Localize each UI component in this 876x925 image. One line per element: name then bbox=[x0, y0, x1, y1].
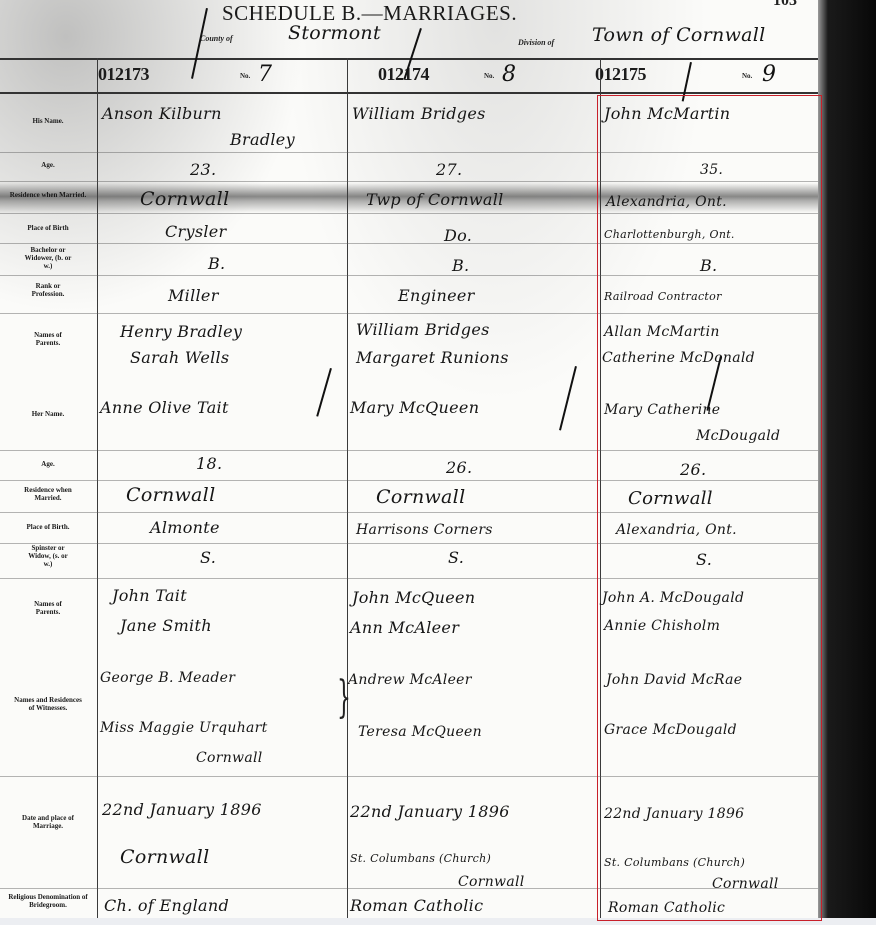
groom-birthplace: Do. bbox=[444, 226, 472, 245]
groom-father: Henry Bradley bbox=[120, 322, 242, 341]
check-mark bbox=[316, 368, 332, 417]
bride-birthplace: Harrisons Corners bbox=[356, 522, 493, 538]
check-mark bbox=[682, 62, 692, 102]
groom-profession: Engineer bbox=[398, 286, 475, 305]
label-residence: Residence when Married. bbox=[0, 191, 96, 199]
bride-residence: Cornwall bbox=[628, 488, 713, 509]
groom-religion: Ch. of England bbox=[104, 896, 229, 915]
bride-status: S. bbox=[696, 550, 712, 569]
marriage-date: 22nd January 1896 bbox=[350, 802, 510, 821]
groom-status: B. bbox=[208, 254, 225, 273]
row-rule bbox=[0, 213, 818, 214]
entry-no-8: 8 bbox=[502, 62, 516, 87]
groom-profession: Miller bbox=[168, 286, 219, 305]
bride-birthplace: Alexandria, Ont. bbox=[616, 522, 737, 538]
bride-status: S. bbox=[448, 548, 464, 567]
bride-name: Anne Olive Tait bbox=[100, 398, 229, 417]
marriage-place: St. Columbans (Church) bbox=[604, 856, 745, 869]
row-rule bbox=[0, 450, 818, 451]
bride-father: John Tait bbox=[112, 586, 187, 605]
row-rule bbox=[0, 578, 818, 579]
bride-mother: Ann McAleer bbox=[350, 618, 459, 637]
bride-mother: Annie Chisholm bbox=[604, 618, 720, 634]
groom-age: 27. bbox=[436, 160, 462, 179]
groom-birthplace: Crysler bbox=[165, 222, 226, 241]
groom-mother: Margaret Runions bbox=[356, 348, 509, 367]
division-value: Town of Cornwall bbox=[592, 24, 766, 46]
viewer-bottom-strip bbox=[0, 918, 876, 925]
check-mark bbox=[559, 366, 577, 431]
scan-edge bbox=[818, 0, 876, 918]
bride-father: John McQueen bbox=[352, 588, 475, 607]
label-her-residence: Residence when Married. bbox=[0, 486, 96, 502]
groom-status: B. bbox=[700, 256, 717, 275]
label-witnesses: Names and Residences of Witnesses. bbox=[0, 696, 96, 712]
groom-father: Allan McMartin bbox=[604, 324, 720, 340]
groom-residence: Cornwall bbox=[140, 188, 229, 210]
groom-father: William Bridges bbox=[356, 320, 490, 339]
column-divider-2 bbox=[347, 58, 348, 918]
bride-status: S. bbox=[200, 548, 216, 567]
row-rule bbox=[0, 181, 818, 182]
bride-name: Mary McQueen bbox=[350, 398, 479, 417]
groom-religion: Roman Catholic bbox=[608, 900, 725, 916]
marriage-place: Cornwall bbox=[120, 846, 209, 868]
bride-residence: Cornwall bbox=[126, 484, 215, 506]
row-rule bbox=[0, 480, 818, 481]
label-her-place-of-birth: Place of Birth. bbox=[0, 523, 96, 531]
groom-religion: Roman Catholic bbox=[350, 896, 483, 915]
row-rule bbox=[0, 888, 818, 889]
bride-name: Mary Catherine bbox=[604, 402, 720, 418]
bride-father: John A. McDougald bbox=[602, 590, 744, 606]
marriage-date: 22nd January 1896 bbox=[102, 800, 262, 819]
groom-mother: Sarah Wells bbox=[130, 348, 229, 367]
column-divider-3 bbox=[600, 58, 601, 918]
witness-1: George B. Meader bbox=[100, 670, 235, 686]
bride-age: 18. bbox=[196, 454, 222, 473]
check-mark bbox=[191, 8, 208, 79]
row-rule bbox=[0, 543, 818, 544]
marriage-date: 22nd January 1896 bbox=[604, 806, 744, 822]
label-age: Age. bbox=[0, 161, 96, 169]
groom-profession: Railroad Contractor bbox=[604, 290, 722, 303]
label-religion: Religious Denomination of Bridegroom. bbox=[0, 893, 96, 909]
county-value: Stormont bbox=[288, 22, 381, 44]
row-rule bbox=[0, 512, 818, 513]
groom-status: B. bbox=[452, 256, 469, 275]
groom-residence: Twp of Cornwall bbox=[366, 190, 504, 209]
label-rank-profession: Rank or Profession. bbox=[0, 282, 96, 298]
groom-age: 23. bbox=[190, 160, 216, 179]
witness-2: Miss Maggie Urquhart bbox=[100, 720, 268, 736]
register-id-9: 012175 bbox=[595, 64, 646, 85]
label-date-place: Date and place of Marriage. bbox=[0, 814, 96, 830]
marriage-place-town: Cornwall bbox=[712, 876, 779, 892]
entry-no-7: 7 bbox=[258, 62, 272, 87]
groom-name: William Bridges bbox=[352, 104, 486, 123]
register-id-7: 012173 bbox=[98, 64, 149, 85]
bride-residence: Cornwall bbox=[376, 486, 465, 508]
row-rule bbox=[0, 152, 818, 153]
row-rule bbox=[0, 776, 818, 777]
register-id-8: 012174 bbox=[378, 64, 429, 85]
witness-brace: } bbox=[337, 672, 351, 723]
label-place-of-birth: Place of Birth bbox=[0, 224, 96, 232]
no-label-7: No. bbox=[240, 72, 250, 80]
witness-2: Teresa McQueen bbox=[358, 724, 482, 740]
bride-birthplace: Almonte bbox=[150, 518, 220, 537]
groom-name-cont: Bradley bbox=[230, 130, 295, 149]
bride-name-cont: McDougald bbox=[696, 428, 780, 444]
bride-age: 26. bbox=[680, 460, 706, 479]
label-spinster-widow: Spinster or Widow, (s. or w.) bbox=[0, 544, 96, 568]
groom-birthplace: Charlottenburgh, Ont. bbox=[604, 228, 735, 241]
groom-residence: Alexandria, Ont. bbox=[606, 194, 727, 210]
division-label: Division of bbox=[518, 38, 554, 47]
groom-mother: Catherine McDonald bbox=[602, 350, 755, 366]
bride-age: 26. bbox=[446, 458, 472, 477]
row-rule bbox=[0, 275, 818, 276]
label-her-parents: Names of Parents. bbox=[0, 600, 96, 616]
groom-name: Anson Kilburn bbox=[102, 104, 222, 123]
witness-1: Andrew McAleer bbox=[348, 672, 472, 688]
groom-name: John McMartin bbox=[604, 104, 730, 123]
label-names-of-parents: Names of Parents. bbox=[0, 331, 96, 347]
scanned-register-page: SCHEDULE B.—MARRIAGES. 103 County of Sto… bbox=[0, 0, 826, 918]
label-her-age: Age. bbox=[0, 460, 96, 468]
county-label: County of bbox=[200, 34, 233, 43]
column-divider-1 bbox=[97, 58, 98, 918]
witness-2: Grace McDougald bbox=[604, 722, 737, 738]
entry-no-9: 9 bbox=[762, 62, 776, 87]
label-his-name: His Name. bbox=[0, 117, 96, 125]
no-label-8: No. bbox=[484, 72, 494, 80]
no-label-9: No. bbox=[742, 72, 752, 80]
bride-mother: Jane Smith bbox=[120, 616, 212, 635]
witness-1: John David McRae bbox=[606, 672, 742, 688]
page-number: 103 bbox=[773, 0, 797, 10]
row-rule bbox=[0, 313, 818, 314]
marriage-place-town: Cornwall bbox=[458, 874, 525, 890]
witness-residence: Cornwall bbox=[196, 750, 263, 766]
groom-age: 35. bbox=[700, 162, 723, 178]
marriage-place: St. Columbans (Church) bbox=[350, 852, 491, 865]
row-rule bbox=[0, 243, 818, 244]
label-bachelor-widower: Bachelor or Widower, (b. or w.) bbox=[0, 246, 96, 270]
header-rule-bottom bbox=[0, 92, 818, 94]
label-her-name: Her Name. bbox=[0, 410, 96, 418]
